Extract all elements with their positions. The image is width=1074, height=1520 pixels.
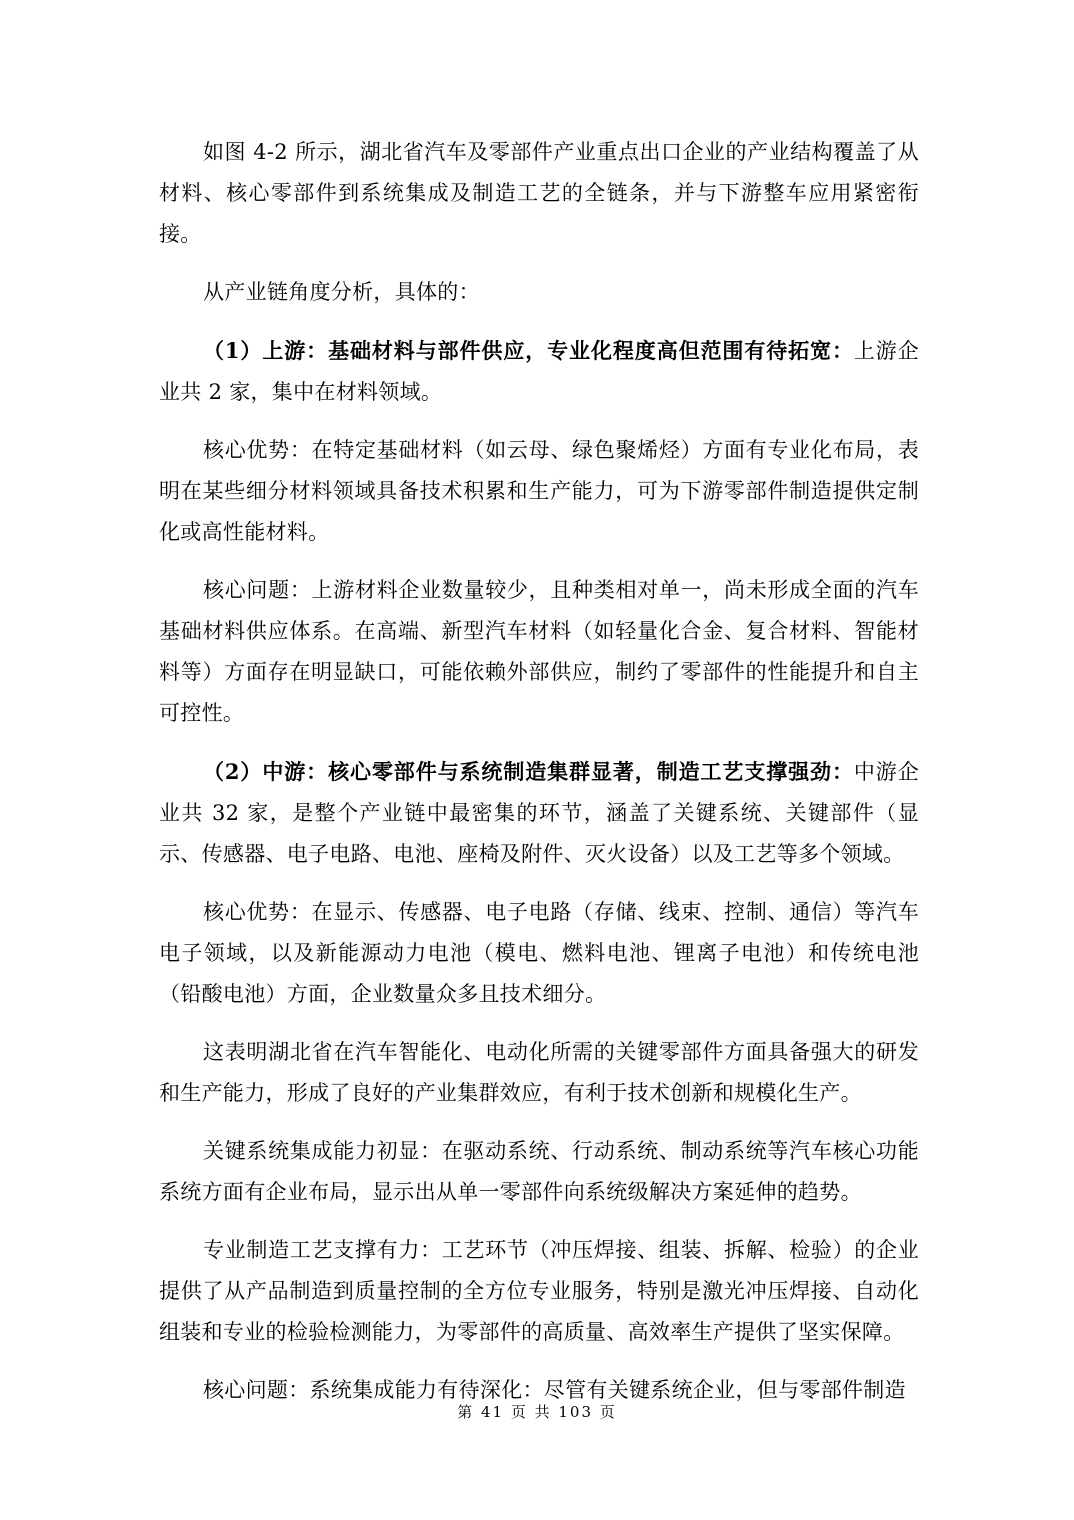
- paragraph: 如图 4-2 所示，湖北省汽车及零部件产业重点出口企业的产业结构覆盖了从材料、核…: [159, 132, 919, 255]
- text-run: 核心问题：上游材料企业数量较少，且种类相对单一，尚未形成全面的汽车基础材料供应体…: [159, 578, 919, 725]
- paragraph: （1）上游：基础材料与部件供应，专业化程度高但范围有待拓宽：上游企业共 2 家，…: [159, 330, 919, 413]
- text-run: 如图 4-2 所示，湖北省汽车及零部件产业重点出口企业的产业结构覆盖了从材料、核…: [159, 140, 919, 246]
- page-footer: 第 41 页 共 103 页: [0, 1400, 1074, 1424]
- text-run: 专业制造工艺支撑有力：工艺环节（冲压焊接、组装、拆解、检验）的企业提供了从产品制…: [159, 1238, 919, 1344]
- paragraph: 核心优势：在特定基础材料（如云母、绿色聚烯烃）方面有专业化布局，表明在某些细分材…: [159, 430, 919, 553]
- paragraph: 核心优势：在显示、传感器、电子电路（存储、线束、控制、通信）等汽车电子领域，以及…: [159, 892, 919, 1015]
- text-run: 关键系统集成能力初显：在驱动系统、行动系统、制动系统等汽车核心功能系统方面有企业…: [159, 1139, 919, 1204]
- page-number-text: 第 41 页 共 103 页: [457, 1403, 617, 1421]
- bold-text-run: （2）中游：核心零部件与系统制造集群显著，制造工艺支撑强劲：: [203, 759, 854, 784]
- paragraph: （2）中游：核心零部件与系统制造集群显著，制造工艺支撑强劲：中游企业共 32 家…: [159, 751, 919, 875]
- paragraph: 核心问题：上游材料企业数量较少，且种类相对单一，尚未形成全面的汽车基础材料供应体…: [159, 570, 919, 734]
- text-run: 这表明湖北省在汽车智能化、电动化所需的关键零部件方面具备强大的研发和生产能力，形…: [159, 1040, 919, 1105]
- text-run: 核心优势：在显示、传感器、电子电路（存储、线束、控制、通信）等汽车电子领域，以及…: [159, 900, 919, 1006]
- bold-text-run: （1）上游：基础材料与部件供应，专业化程度高但范围有待拓宽：: [203, 338, 854, 363]
- text-run: 核心优势：在特定基础材料（如云母、绿色聚烯烃）方面有专业化布局，表明在某些细分材…: [159, 438, 919, 544]
- paragraph: 从产业链角度分析，具体的：: [159, 272, 919, 313]
- text-run: 核心问题：系统集成能力有待深化：尽管有关键系统企业，但与零部件制造: [203, 1378, 906, 1402]
- document-page: 如图 4-2 所示，湖北省汽车及零部件产业重点出口企业的产业结构覆盖了从材料、核…: [0, 0, 1074, 1520]
- paragraph: 专业制造工艺支撑有力：工艺环节（冲压焊接、组装、拆解、检验）的企业提供了从产品制…: [159, 1230, 919, 1353]
- paragraph: 这表明湖北省在汽车智能化、电动化所需的关键零部件方面具备强大的研发和生产能力，形…: [159, 1032, 919, 1114]
- paragraph: 关键系统集成能力初显：在驱动系统、行动系统、制动系统等汽车核心功能系统方面有企业…: [159, 1131, 919, 1213]
- text-run: 从产业链角度分析，具体的：: [203, 280, 480, 304]
- document-body: 如图 4-2 所示，湖北省汽车及零部件产业重点出口企业的产业结构覆盖了从材料、核…: [159, 132, 919, 1428]
